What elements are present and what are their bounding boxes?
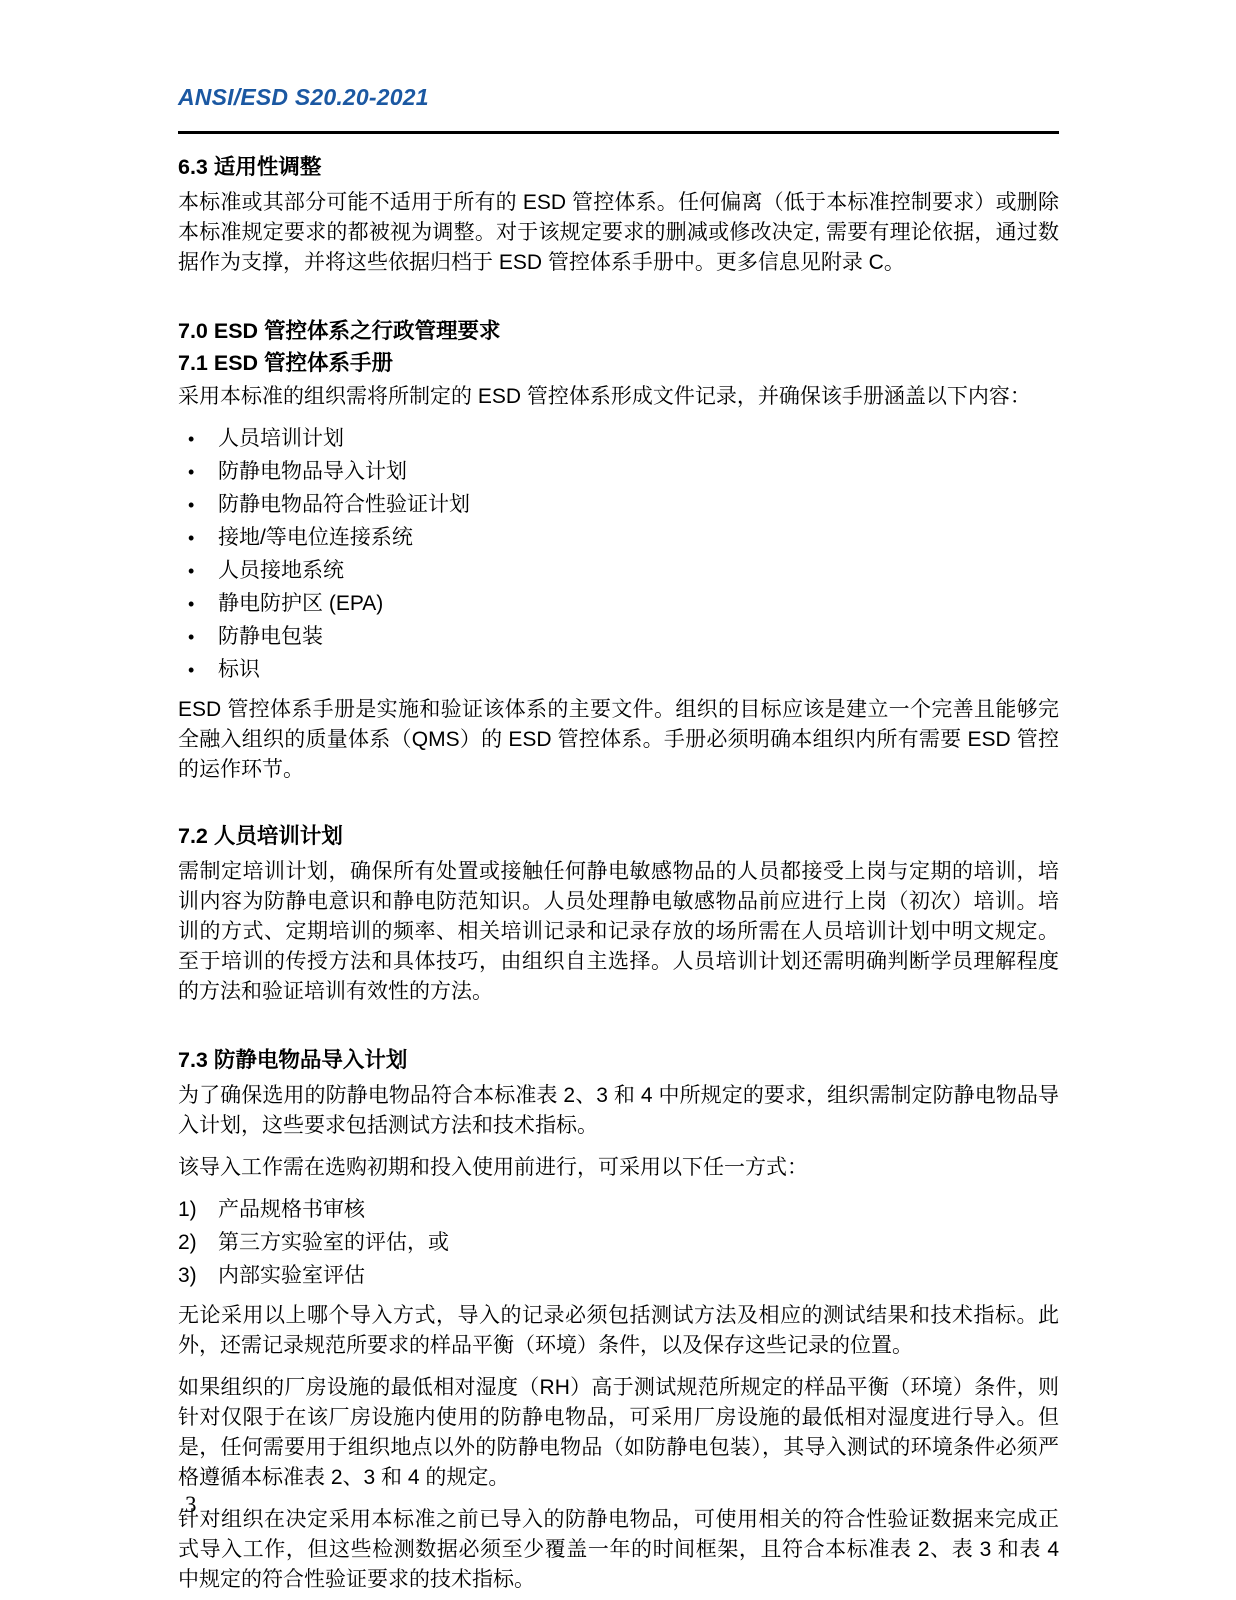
bullet-icon: • bbox=[178, 523, 218, 553]
section-7-1-intro-paragraph: 采用本标准的组织需将所制定的 ESD 管控体系形成文件记录，并确保该手册涵盖以下… bbox=[178, 382, 1059, 412]
section-7-1-heading: 7.1 ESD 管控体系手册 bbox=[178, 348, 1059, 378]
list-item-label: 标识 bbox=[218, 655, 260, 685]
list-item: •防静电包装 bbox=[178, 622, 1059, 652]
section-7-3-paragraph-5: 针对组织在决定采用本标准之前已导入的防静电物品，可使用相关的符合性验证数据来完成… bbox=[178, 1505, 1059, 1595]
list-item: •人员培训计划 bbox=[178, 424, 1059, 454]
list-item: •静电防护区 (EPA) bbox=[178, 589, 1059, 619]
bullet-icon: • bbox=[178, 589, 218, 619]
section-6-3-heading: 6.3 适用性调整 bbox=[178, 152, 1059, 182]
list-item-label: 人员接地系统 bbox=[218, 556, 344, 586]
list-item: 3)内部实验室评估 bbox=[178, 1261, 1059, 1291]
bullet-icon: • bbox=[178, 424, 218, 454]
list-item: •标识 bbox=[178, 655, 1059, 685]
list-item: •人员接地系统 bbox=[178, 556, 1059, 586]
section-7-0-heading: 7.0 ESD 管控体系之行政管理要求 bbox=[178, 316, 1059, 346]
list-item-label: 静电防护区 (EPA) bbox=[218, 589, 383, 619]
list-item-label: 接地/等电位连接系统 bbox=[218, 523, 413, 553]
document-header-title: ANSI/ESD S20.20-2021 bbox=[178, 84, 1059, 111]
esd-manual-bullet-list: •人员培训计划•防静电物品导入计划•防静电物品符合性验证计划•接地/等电位连接系… bbox=[178, 424, 1059, 685]
section-7-3-paragraph-1: 为了确保选用的防静电物品符合本标准表 2、3 和 4 中所规定的要求，组织需制定… bbox=[178, 1081, 1059, 1141]
list-item-label: 人员培训计划 bbox=[218, 424, 344, 454]
bullet-icon: • bbox=[178, 622, 218, 652]
document-body: 6.3 适用性调整 本标准或其部分可能不适用于所有的 ESD 管控体系。任何偏离… bbox=[178, 152, 1059, 1595]
list-item-label: 内部实验室评估 bbox=[218, 1261, 365, 1291]
list-item: •防静电物品符合性验证计划 bbox=[178, 490, 1059, 520]
section-7-3-heading: 7.3 防静电物品导入计划 bbox=[178, 1045, 1059, 1075]
header-rule bbox=[178, 131, 1059, 134]
list-item-label: 防静电物品导入计划 bbox=[218, 457, 407, 487]
section-7-1-outro-paragraph: ESD 管控体系手册是实施和验证该体系的主要文件。组织的目标应该是建立一个完善且… bbox=[178, 695, 1059, 785]
list-number-marker: 2) bbox=[178, 1228, 218, 1258]
list-item: •接地/等电位连接系统 bbox=[178, 523, 1059, 553]
bullet-icon: • bbox=[178, 556, 218, 586]
list-number-marker: 1) bbox=[178, 1195, 218, 1225]
section-7-2-heading: 7.2 人员培训计划 bbox=[178, 821, 1059, 851]
section-7-2-paragraph: 需制定培训计划，确保所有处置或接触任何静电敏感物品的人员都接受上岗与定期的培训，… bbox=[178, 857, 1059, 1007]
list-item: 1)产品规格书审核 bbox=[178, 1195, 1059, 1225]
bullet-icon: • bbox=[178, 457, 218, 487]
list-item-label: 产品规格书审核 bbox=[218, 1195, 365, 1225]
document-header: ANSI/ESD S20.20-2021 bbox=[178, 84, 1059, 134]
list-item: •防静电物品导入计划 bbox=[178, 457, 1059, 487]
document-page: ANSI/ESD S20.20-2021 6.3 适用性调整 本标准或其部分可能… bbox=[0, 0, 1236, 1600]
section-7-3-paragraph-2: 该导入工作需在选购初期和投入使用前进行，可采用以下任一方式： bbox=[178, 1153, 1059, 1183]
list-number-marker: 3) bbox=[178, 1261, 218, 1291]
section-7-3-paragraph-4: 如果组织的厂房设施的最低相对湿度（RH）高于测试规范所规定的样品平衡（环境）条件… bbox=[178, 1373, 1059, 1493]
list-item-label: 防静电包装 bbox=[218, 622, 323, 652]
list-item-label: 第三方实验室的评估，或 bbox=[218, 1228, 449, 1258]
qualification-methods-numbered-list: 1)产品规格书审核2)第三方实验室的评估，或3)内部实验室评估 bbox=[178, 1195, 1059, 1291]
section-6-3-paragraph: 本标准或其部分可能不适用于所有的 ESD 管控体系。任何偏离（低于本标准控制要求… bbox=[178, 188, 1059, 278]
bullet-icon: • bbox=[178, 490, 218, 520]
list-item-label: 防静电物品符合性验证计划 bbox=[218, 490, 470, 520]
bullet-icon: • bbox=[178, 655, 218, 685]
page-number: 3 bbox=[185, 1492, 197, 1518]
section-7-3-paragraph-3: 无论采用以上哪个导入方式，导入的记录必须包括测试方法及相应的测试结果和技术指标。… bbox=[178, 1301, 1059, 1361]
list-item: 2)第三方实验室的评估，或 bbox=[178, 1228, 1059, 1258]
